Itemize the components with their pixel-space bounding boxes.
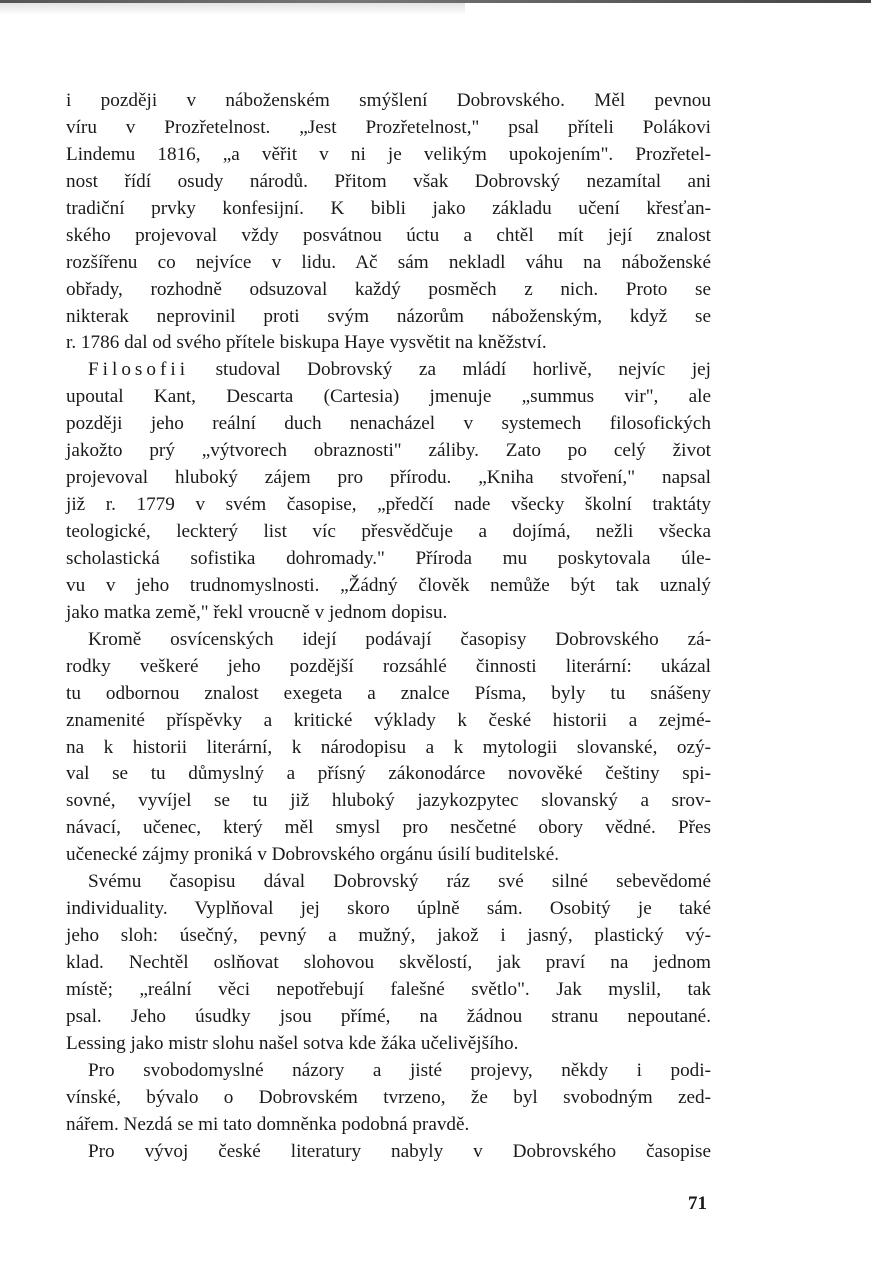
text-line: vínské, bývalo o Dobrovském tvrzeno, že … (66, 1085, 711, 1112)
text-line: r. 1786 dal od svého přítele biskupa Hay… (66, 330, 711, 357)
text-line: Svému časopisu dával Dobrovský ráz své s… (66, 869, 711, 896)
text-line: Filosofii studoval Dobrovský za mládí ho… (66, 357, 711, 384)
text-line: rozšířenu co nejvíce v lidu. Ač sám nekl… (66, 250, 711, 277)
text-line: na k historii literární, k národopisu a … (66, 735, 711, 762)
text-line: Pro svobodomyslné názory a jisté projevy… (66, 1058, 711, 1085)
text-line: ského projevoval vždy posvátnou úctu a c… (66, 223, 711, 250)
text-line: znamenité příspěvky a kritické výklady k… (66, 708, 711, 735)
text-line-rest: studoval Dobrovský za mládí horlivě, nej… (189, 359, 711, 380)
text-line: Pro vývoj české literatury nabyly v Dobr… (66, 1139, 711, 1166)
text-line: víru v Prozřetelnost. „Jest Prozřetelnos… (66, 115, 711, 142)
text-line: val se tu důmyslný a přísný zákonodárce … (66, 761, 711, 788)
text-line: Lindemu 1816, „a věřit v ni je velikým u… (66, 142, 711, 169)
text-line: obřady, rozhodně odsuzoval každý posměch… (66, 277, 711, 304)
emphasized-word: Filosofii (88, 359, 189, 380)
text-line: Kromě osvícenských idejí podávají časopi… (66, 627, 711, 654)
page-number: 71 (688, 1193, 707, 1215)
text-line: nost řídí osudy národů. Přitom však Dobr… (66, 169, 711, 196)
text-line: tu odbornou znalost exegeta a znalce Pís… (66, 681, 711, 708)
text-line: sovné, vyvíjel se tu již hluboký jazykoz… (66, 788, 711, 815)
text-line: teologické, leckterý list víc přesvědčuj… (66, 519, 711, 546)
text-line: učenecké zájmy proniká v Dobrovského org… (66, 842, 711, 869)
text-line: psal. Jeho úsudky jsou přímé, na žádnou … (66, 1004, 711, 1031)
page-body: i později v náboženském smýšlení Dobrovs… (66, 88, 711, 1166)
text-line: již r. 1779 v svém časopise, „předčí nad… (66, 492, 711, 519)
text-line: Lessing jako mistr slohu našel sotva kde… (66, 1031, 711, 1058)
text-line: jeho sloh: úsečný, pevný a mužný, jakož … (66, 923, 711, 950)
text-line: nářem. Nezdá se mi tato domněnka podobná… (66, 1112, 711, 1139)
text-line: vu v jeho trudnomyslnosti. „Žádný člověk… (66, 573, 711, 600)
text-line: rodky veškeré jeho pozdější rozsáhlé čin… (66, 654, 711, 681)
text-line: jako matka země," řekl vroucně v jednom … (66, 600, 711, 627)
text-line: jakožto prý „výtvorech obraznosti" zálib… (66, 438, 711, 465)
text-line: individuality. Vyplňoval jej skoro úplně… (66, 896, 711, 923)
text-line: klad. Nechtěl oslňovat slohovou skvělost… (66, 950, 711, 977)
text-line: návací, učenec, který měl smysl pro nesč… (66, 815, 711, 842)
text-line: upoutal Kant, Descarta (Cartesia) jmenuj… (66, 384, 711, 411)
text-line: tradiční prvky konfesijní. K bibli jako … (66, 196, 711, 223)
text-line: později jeho reální duch nenacházel v sy… (66, 411, 711, 438)
text-line: projevoval hluboký zájem pro přírodu. „K… (66, 465, 711, 492)
text-line: nikterak neprovinil proti svým názorům n… (66, 304, 711, 331)
text-line: scholastická sofistika dohromady." Příro… (66, 546, 711, 573)
text-line: i později v náboženském smýšlení Dobrovs… (66, 88, 711, 115)
scan-shadow (0, 3, 465, 15)
text-line: místě; „reální věci nepotřebují falešné … (66, 977, 711, 1004)
